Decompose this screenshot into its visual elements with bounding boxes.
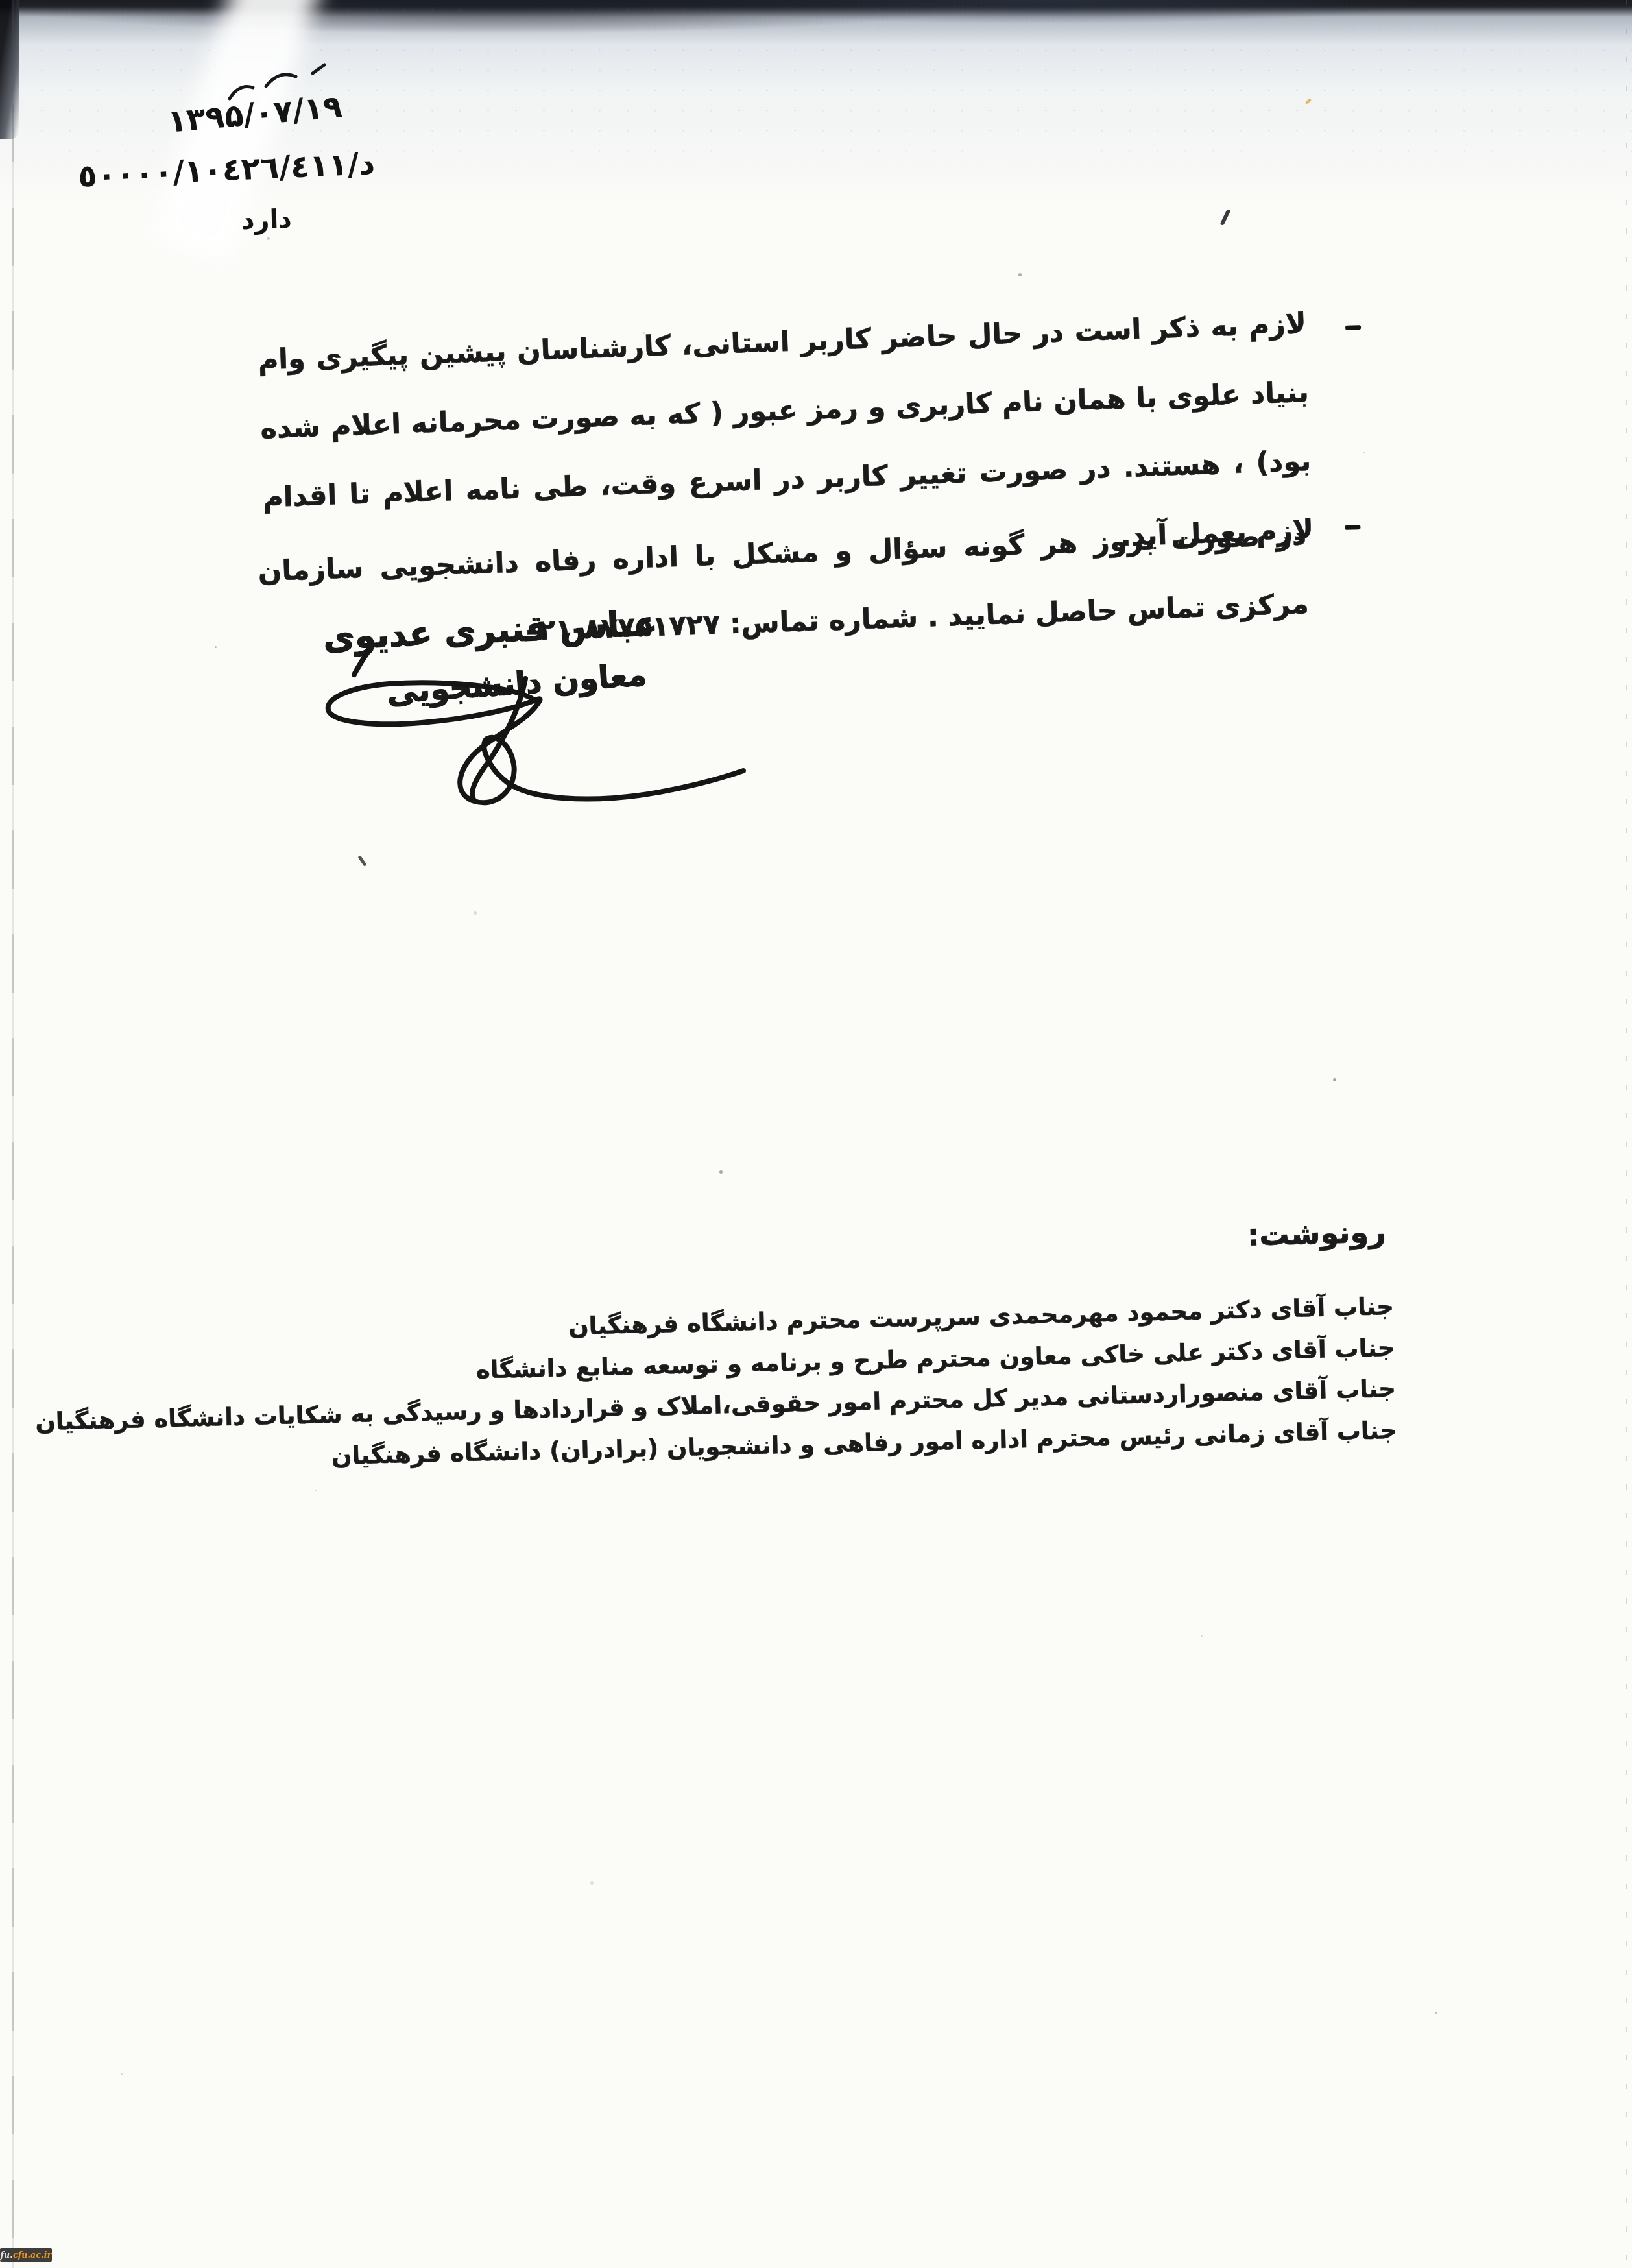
site-watermark: fu.cfu.ac.ir bbox=[0, 2248, 52, 2262]
scanner-right-edge-line bbox=[1626, 0, 1627, 2268]
ink-speck bbox=[357, 855, 366, 867]
ink-speck bbox=[1220, 209, 1231, 226]
handwritten-signature bbox=[285, 644, 752, 825]
letter-reference-number: د/٥٠٠٠٠/١٠٤٢٦/٤١١ bbox=[77, 145, 376, 195]
cc-section-label: رونوشت: bbox=[1247, 1214, 1387, 1253]
ink-speck bbox=[1305, 98, 1312, 104]
letter-date: ۱۳۹۵/۰۷/۱۹ bbox=[166, 88, 343, 139]
attachment-indicator: دارد bbox=[241, 204, 292, 235]
scanned-letter-page: ۱۳۹۵/۰۷/۱۹ د/٥٠٠٠٠/١٠٤٢٦/٤١١ دارد لازم ب… bbox=[0, 0, 1632, 2268]
watermark-prefix: fu. bbox=[0, 2250, 12, 2260]
scanner-left-edge-line bbox=[12, 0, 14, 2268]
scan-noise-specks bbox=[0, 0, 2, 2]
bullet-dash-icon bbox=[1345, 325, 1361, 330]
scanner-left-corner-shadow bbox=[0, 0, 19, 139]
watermark-domain: cfu.ac.ir bbox=[13, 2250, 52, 2260]
bullet-dash-icon bbox=[1345, 525, 1360, 530]
cc-recipient-list: جناب آقای دکتر محمود مهرمحمدی سرپرست محت… bbox=[33, 1286, 1398, 1484]
